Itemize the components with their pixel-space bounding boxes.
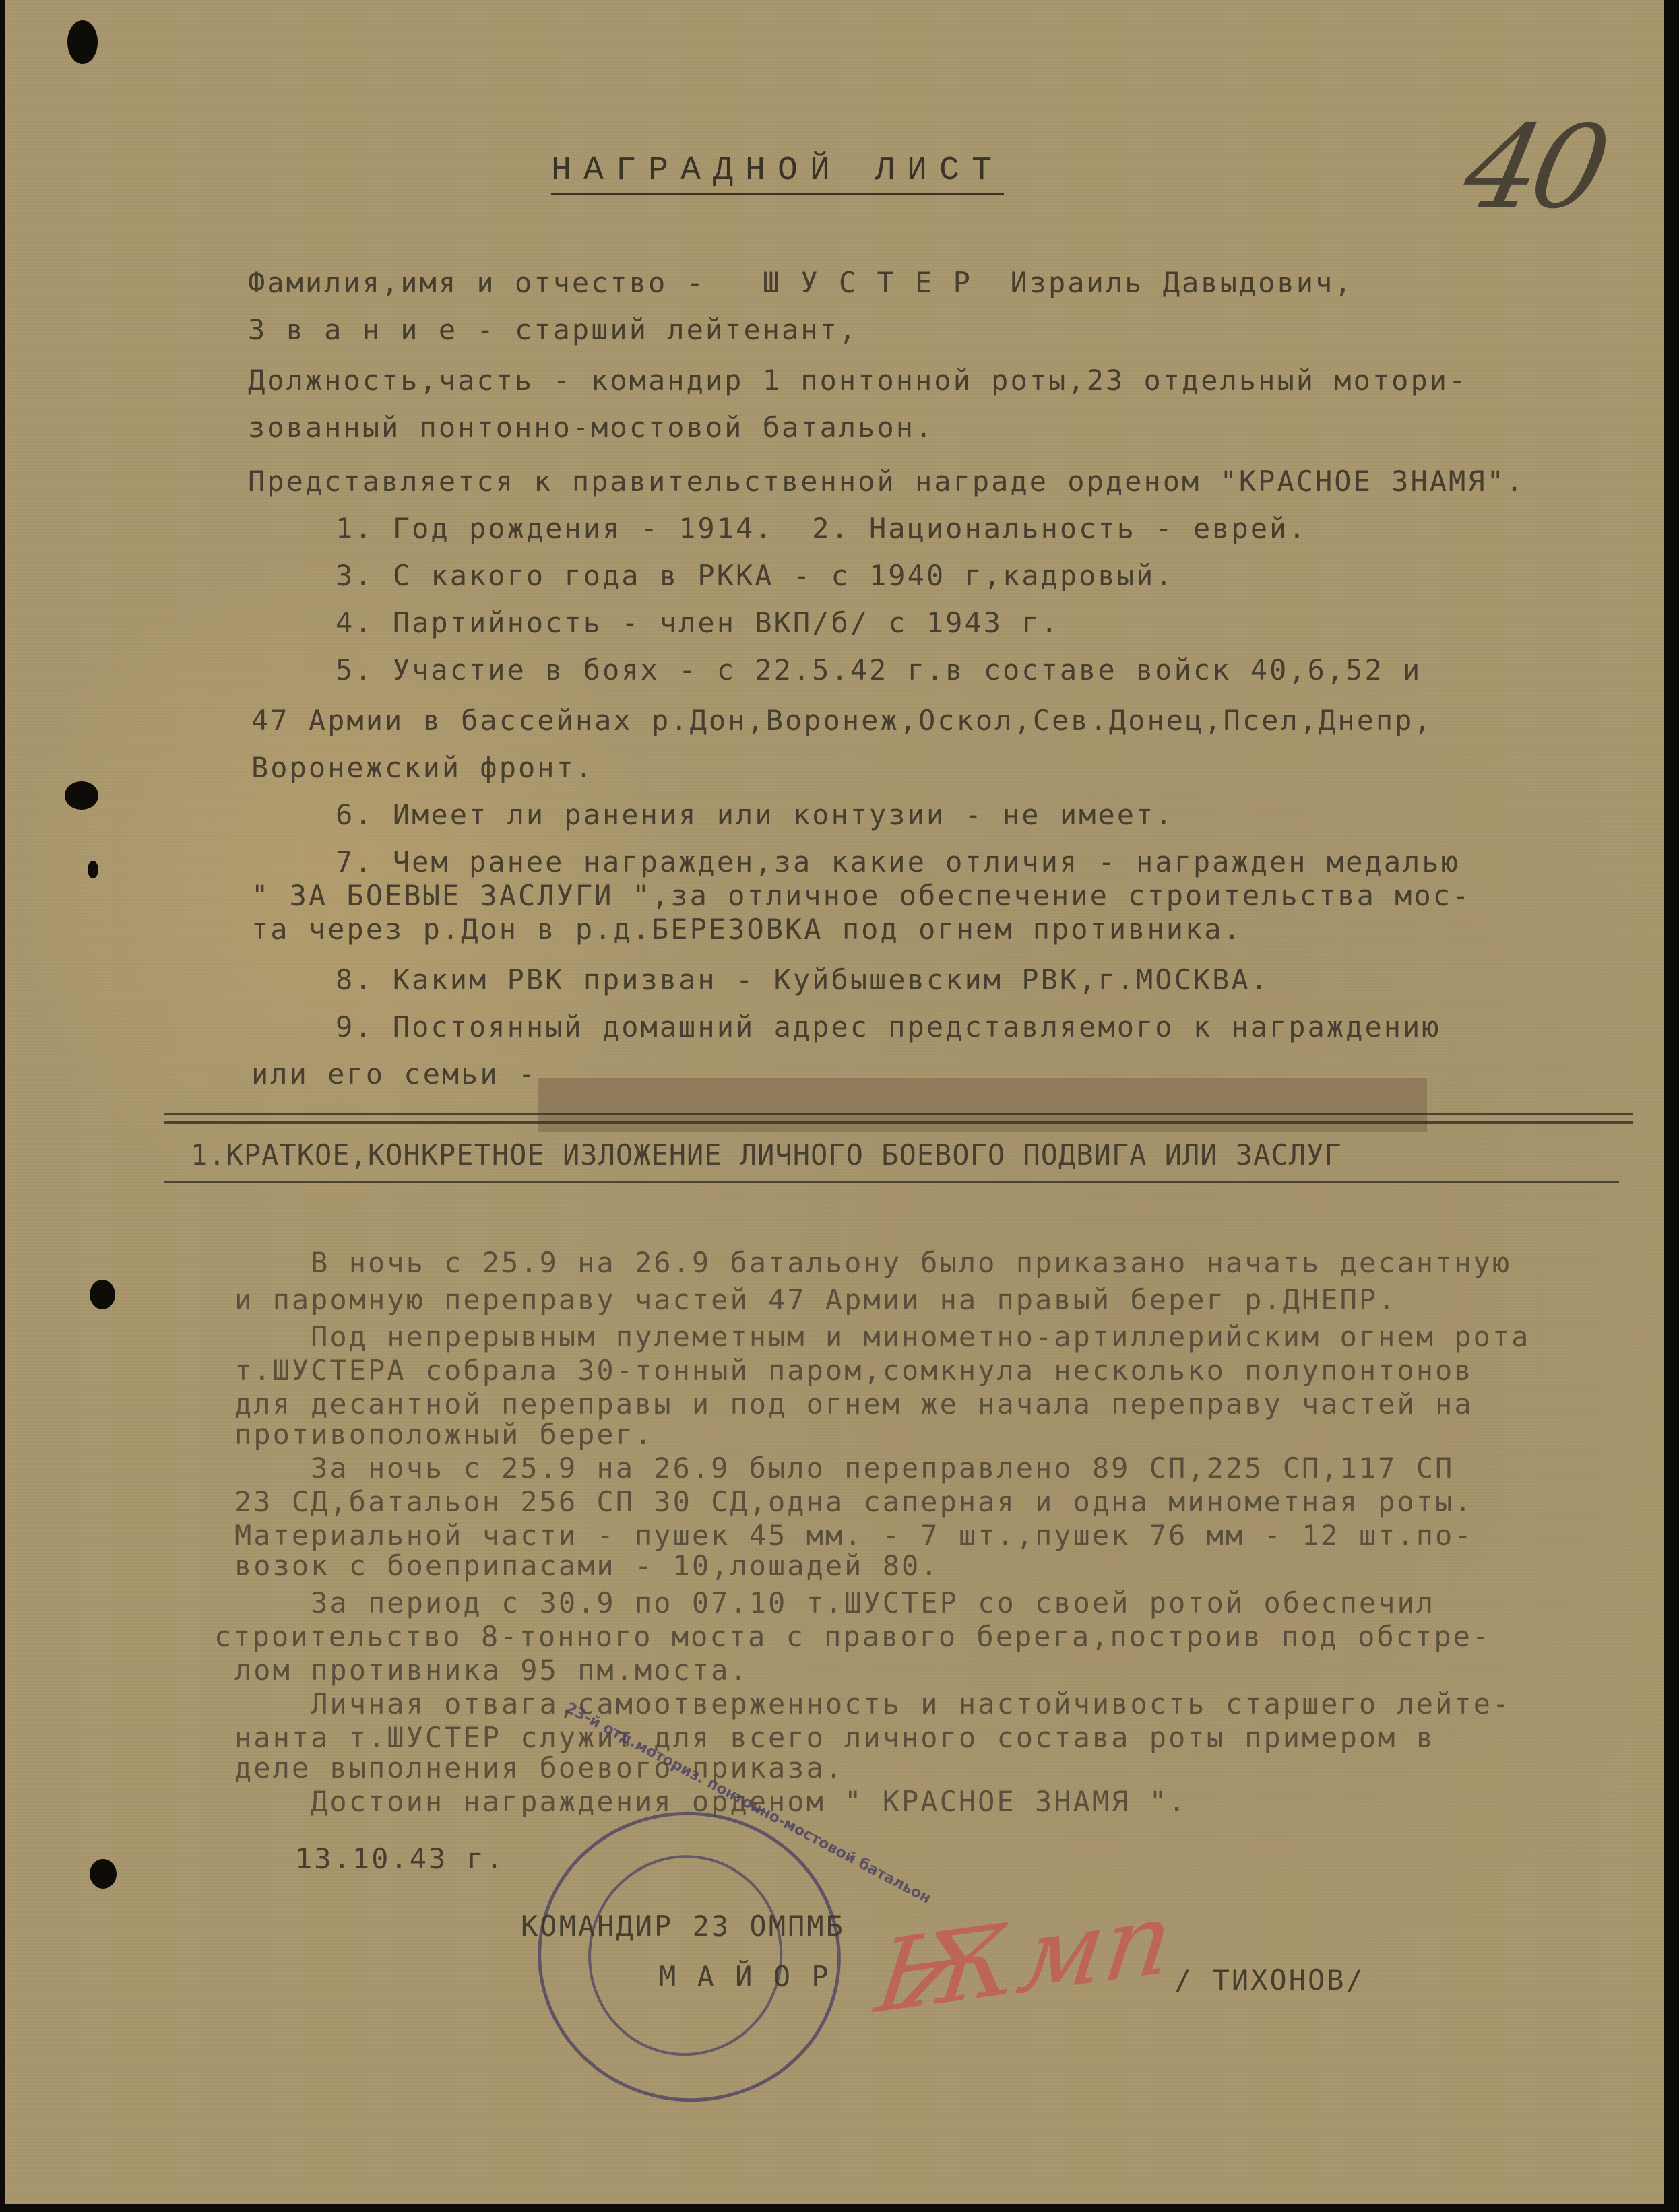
narrative-line: За ночь с 25.9 на 26.9 было переправлено… [234, 1452, 1454, 1485]
rank-field: З в а н и е - старший лейтенант, [248, 313, 858, 346]
punch-hole [88, 861, 98, 878]
narrative-line: Под непрерывным пулеметным и минометно-а… [234, 1320, 1530, 1353]
item-line: 8. Каким РВК призван - Куйбышевским РВК,… [336, 963, 1269, 996]
punch-hole [65, 781, 98, 810]
narrative-line: За период с 30.9 по 07.10 т.ШУСТЕР со св… [234, 1586, 1435, 1619]
narrative-line: В ночь с 25.9 на 26.9 батальону было при… [234, 1246, 1511, 1279]
double-rule [164, 1121, 1633, 1124]
item-line: та через р.Дон в р.д.БЕРЕЗОВКА под огнем… [251, 913, 1242, 946]
item-line: или его семьи - [251, 1058, 537, 1091]
document-date: 13.10.43 г. [295, 1842, 505, 1875]
heading-underline [164, 1181, 1619, 1183]
document-title: НАГРАДНОЙ ЛИСТ [551, 152, 1004, 195]
section-heading: 1.КРАТКОЕ,КОНКРЕТНОЕ ИЗЛОЖЕНИЕ ЛИЧНОГО Б… [191, 1138, 1342, 1171]
item-line: 3. С какого года в РККА - с 1940 г,кадро… [336, 559, 1174, 592]
narrative-line: нанта т.ШУСТЕР служит для всего личного … [234, 1721, 1435, 1754]
narrative-line: 23 СД,батальон 256 СП 30 СД,одна саперна… [234, 1485, 1474, 1518]
signature-title: КОМАНДИР 23 ОМПМБ [521, 1910, 845, 1943]
archive-page-number: 40 [1453, 101, 1614, 234]
item-line: 9. Постоянный домашний адрес представляе… [336, 1010, 1441, 1043]
punch-hole [67, 20, 98, 64]
narrative-line: т.ШУСТЕРА собрала 30-тонный паром,сомкну… [234, 1354, 1474, 1387]
signatory-name: / ТИХОНОВ/ [1174, 1963, 1365, 1996]
item-line: 47 Армии в бассейнах р.Дон,Воронеж,Оскол… [251, 704, 1433, 737]
name-field: Фамилия,имя и отчество - Ш У С Т Е Р Изр… [248, 266, 1354, 299]
narrative-line: строительство 8-тонного моста с правого … [214, 1620, 1491, 1653]
item-line: " ЗА БОЕВЫЕ ЗАСЛУГИ ",за отличное обеспе… [251, 879, 1471, 912]
signature-rank: М А Й О Р [659, 1960, 831, 1993]
double-rule [164, 1113, 1633, 1115]
item-line: 7. Чем ранее награжден,за какие отличия … [336, 845, 1460, 878]
narrative-line: деле выполнения боевого приказа. [234, 1751, 844, 1784]
narrative-line: лом противника 95 пм.моста. [234, 1654, 749, 1687]
battalion-seal-stamp: 23-й отд.моториз. понтонно-мостовой бата… [519, 1792, 859, 2121]
narrative-line: возок с боеприпасами - 10,лошадей 80. [234, 1549, 940, 1582]
item-line: 4. Партийность - член ВКП/б/ с 1943 г. [336, 606, 1060, 639]
narrative-line: для десантной переправы и под огнем же н… [234, 1388, 1474, 1421]
position-field-1: Должность,часть - командир 1 понтонной р… [248, 364, 1467, 397]
position-field-2: зованный понтонно-мостовой батальон. [248, 411, 934, 444]
award-field: Представляется к правительственной награ… [248, 465, 1525, 498]
narrative-line: Личная отвага,самоотверженность и настой… [234, 1687, 1511, 1720]
item-line: 1. Год рождения - 1914. 2. Национальност… [336, 512, 1308, 545]
punch-hole [90, 1280, 115, 1309]
punch-hole [90, 1859, 117, 1889]
narrative-line: Материальной части - пушек 45 мм. - 7 шт… [234, 1519, 1474, 1552]
item-line: 5. Участие в боях - с 22.5.42 г.в состав… [336, 653, 1422, 686]
handwritten-signature: Ѭмп [870, 1880, 1178, 2036]
item-line: 6. Имеет ли ранения или контузии - не им… [336, 798, 1174, 831]
narrative-line: противоположный берег. [234, 1418, 654, 1451]
item-line: Воронежский фронт. [251, 751, 594, 784]
narrative-line: и паромную переправу частей 47 Армии на … [234, 1283, 1397, 1316]
document-sheet: 40 НАГРАДНОЙ ЛИСТ Фамилия,имя и отчество… [5, 0, 1664, 2204]
seal-emblem [575, 1843, 796, 2069]
